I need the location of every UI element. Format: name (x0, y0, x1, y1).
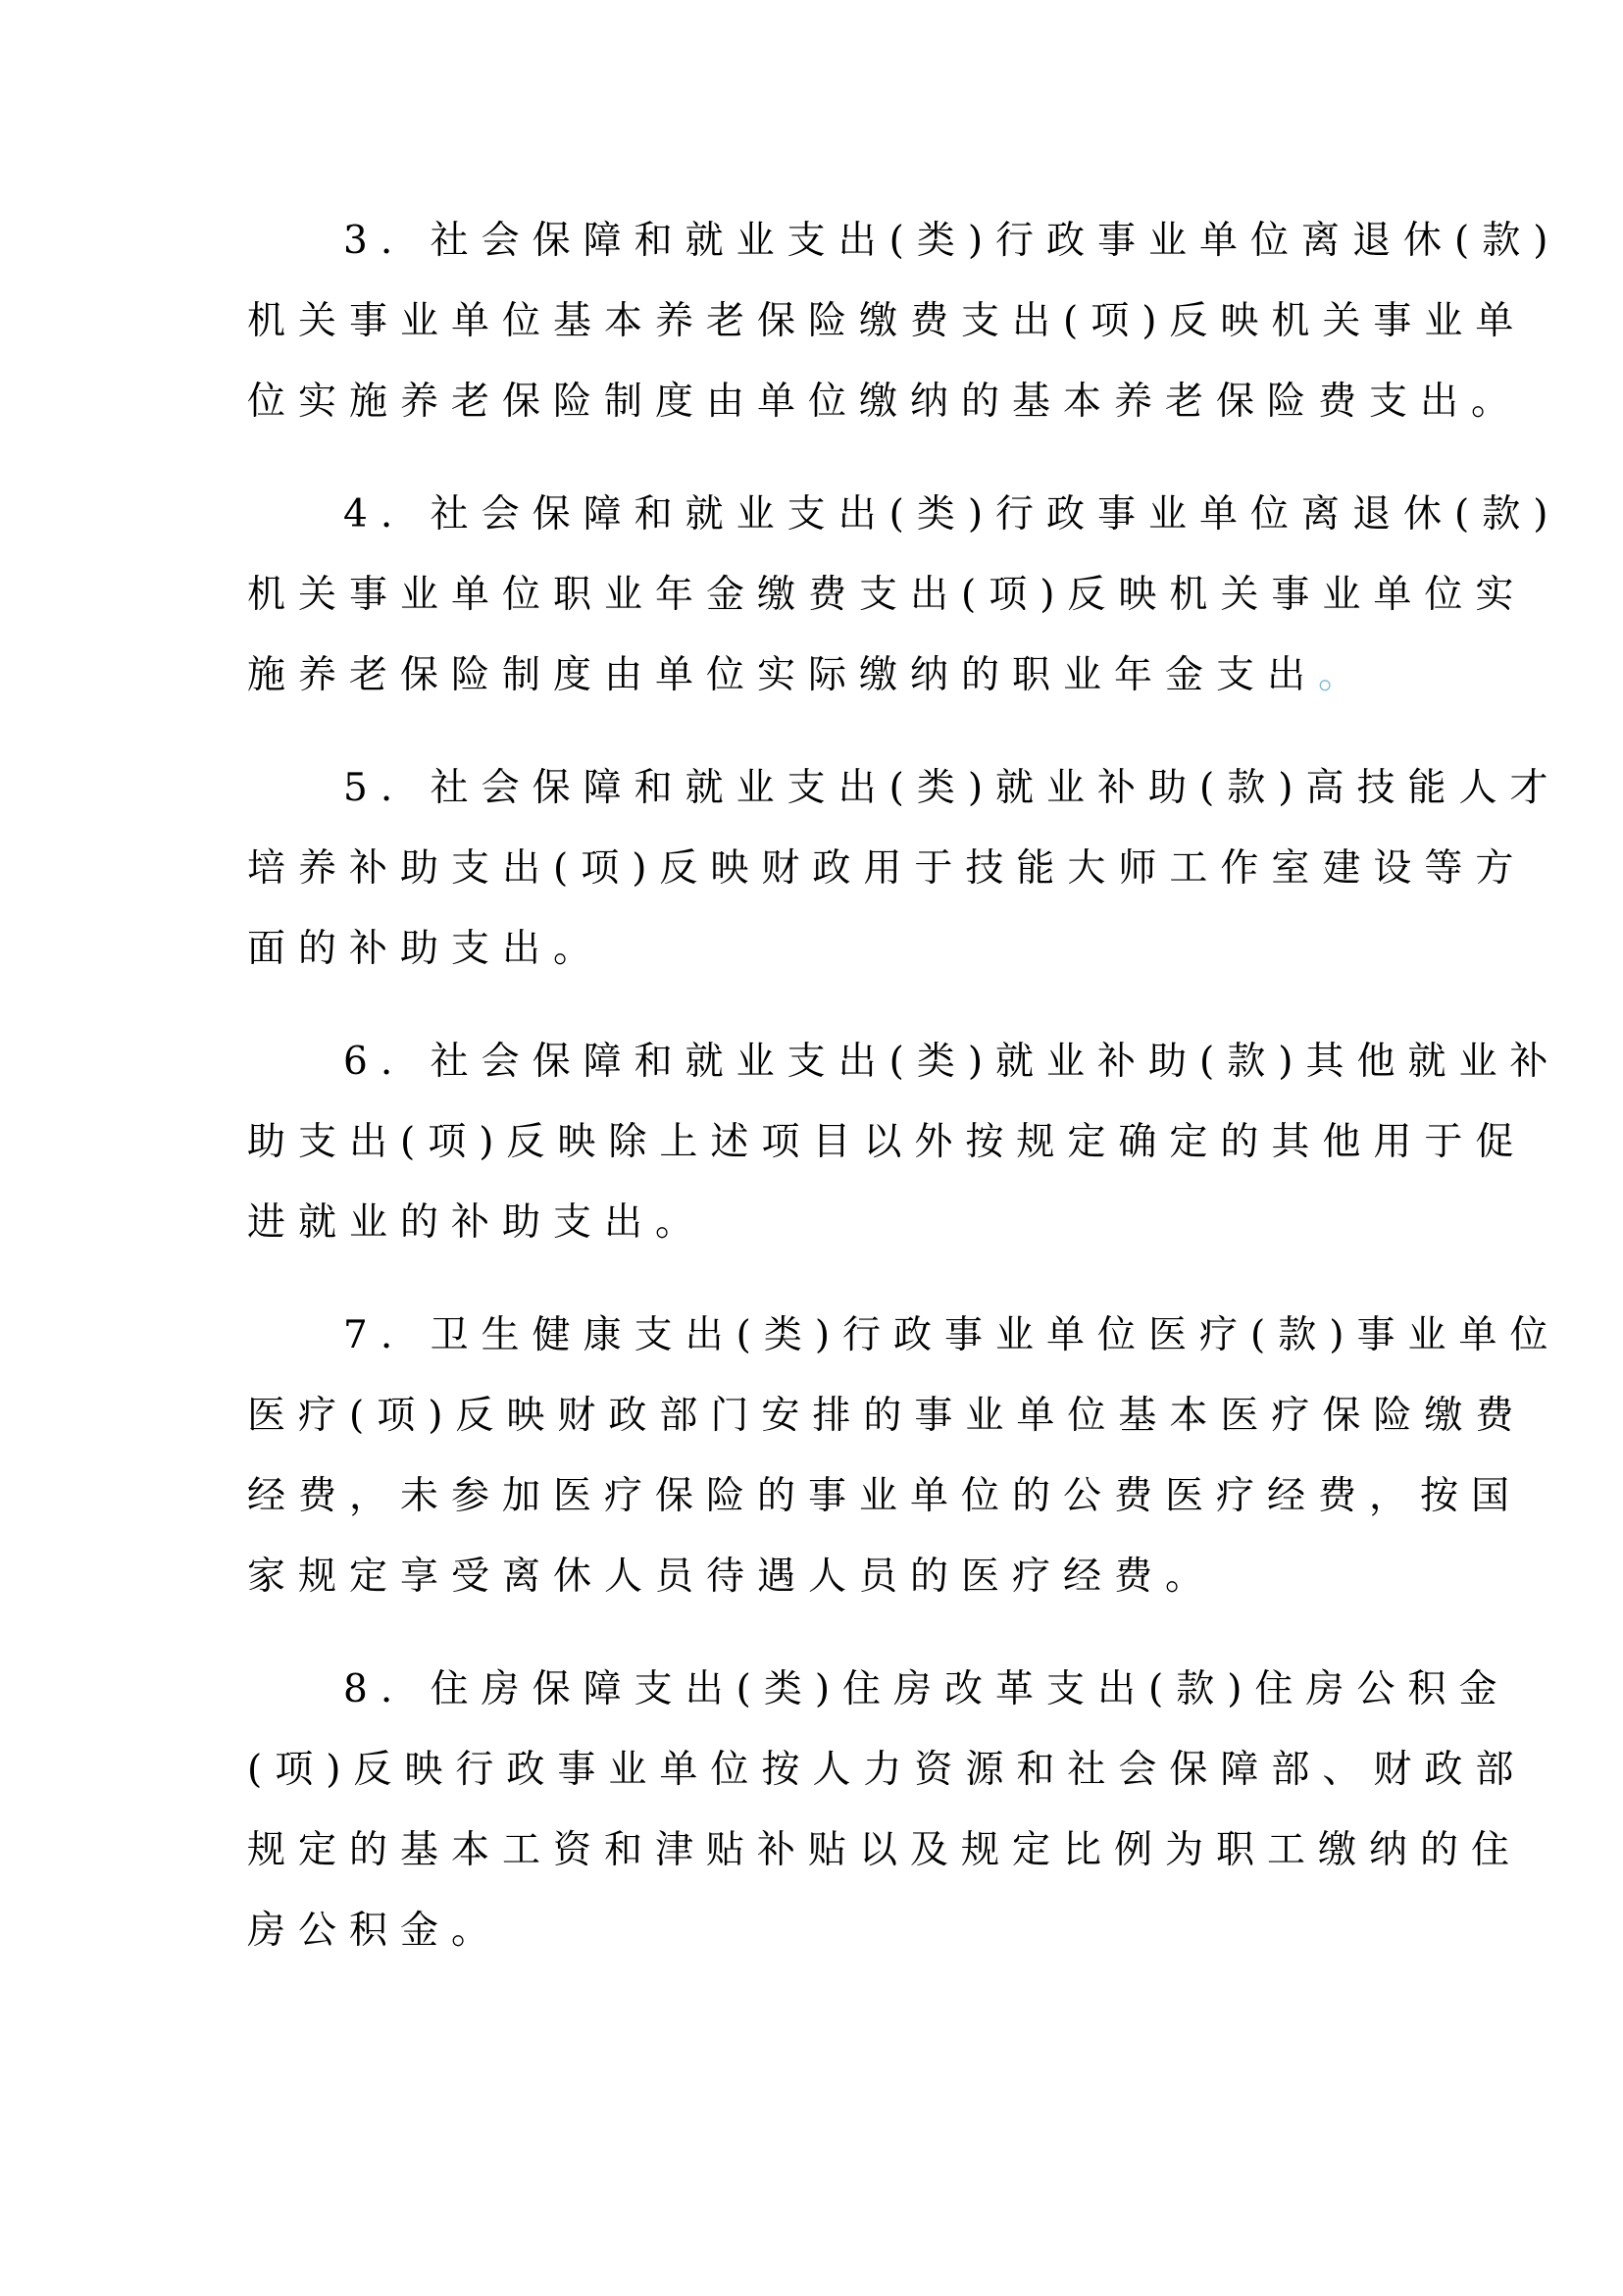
paragraph-line: 位实施养老保险制度由单位缴纳的基本养老保险费支出。 (247, 362, 1355, 442)
highlighted-period: 。 (1318, 653, 1369, 697)
paragraph-line-text: 施养老保险制度由单位实际缴纳的职业年金支出 (247, 653, 1318, 697)
paragraph-7: 7. 卫生健康支出(类)行政事业单位医疗(款)事业单位 医疗(项)反映财政部门安… (247, 1296, 1355, 1617)
paragraph-line: 机关事业单位基本养老保险缴费支出(项)反映机关事业单 (247, 281, 1355, 362)
paragraph-line: 规定的基本工资和津贴补贴以及规定比例为职工缴纳的住 (247, 1811, 1355, 1891)
paragraph-line: 施养老保险制度由单位实际缴纳的职业年金支出。 (247, 636, 1355, 716)
paragraph-8: 8. 住房保障支出(类)住房改革支出(款)住房公积金 (项)反映行政事业单位按人… (247, 1650, 1355, 1971)
paragraph-line: 5. 社会保障和就业支出(类)就业补助(款)高技能人才 (247, 748, 1355, 829)
paragraph-line: 3. 社会保障和就业支出(类)行政事业单位离退休(款) (247, 201, 1355, 281)
paragraph-line: 家规定享受离休人员待遇人员的医疗经费。 (247, 1537, 1355, 1617)
paragraph-5: 5. 社会保障和就业支出(类)就业补助(款)高技能人才 培养补助支出(项)反映财… (247, 748, 1355, 990)
paragraph-line: 6. 社会保障和就业支出(类)就业补助(款)其他就业补 (247, 1022, 1355, 1102)
paragraph-line: (项)反映行政事业单位按人力资源和社会保障部、财政部 (247, 1730, 1355, 1811)
paragraph-line: 面的补助支出。 (247, 909, 1355, 990)
paragraph-line: 医疗(项)反映财政部门安排的事业单位基本医疗保险缴费 (247, 1376, 1355, 1456)
paragraph-line: 房公积金。 (247, 1891, 1355, 1971)
paragraph-line: 8. 住房保障支出(类)住房改革支出(款)住房公积金 (247, 1650, 1355, 1730)
paragraph-line: 机关事业单位职业年金缴费支出(项)反映机关事业单位实 (247, 555, 1355, 636)
paragraph-6: 6. 社会保障和就业支出(类)就业补助(款)其他就业补 助支出(项)反映除上述项… (247, 1022, 1355, 1263)
paragraph-line: 培养补助支出(项)反映财政用于技能大师工作室建设等方 (247, 829, 1355, 909)
paragraph-line: 7. 卫生健康支出(类)行政事业单位医疗(款)事业单位 (247, 1296, 1355, 1376)
paragraph-3: 3. 社会保障和就业支出(类)行政事业单位离退休(款) 机关事业单位基本养老保险… (247, 201, 1355, 442)
paragraph-4: 4. 社会保障和就业支出(类)行政事业单位离退休(款) 机关事业单位职业年金缴费… (247, 475, 1355, 716)
paragraph-line: 进就业的补助支出。 (247, 1183, 1355, 1263)
paragraph-line: 经费，未参加医疗保险的事业单位的公费医疗经费，按国 (247, 1456, 1355, 1537)
document-page: 3. 社会保障和就业支出(类)行政事业单位离退休(款) 机关事业单位基本养老保险… (247, 201, 1355, 2004)
paragraph-line: 助支出(项)反映除上述项目以外按规定确定的其他用于促 (247, 1102, 1355, 1183)
paragraph-line: 4. 社会保障和就业支出(类)行政事业单位离退休(款) (247, 475, 1355, 555)
